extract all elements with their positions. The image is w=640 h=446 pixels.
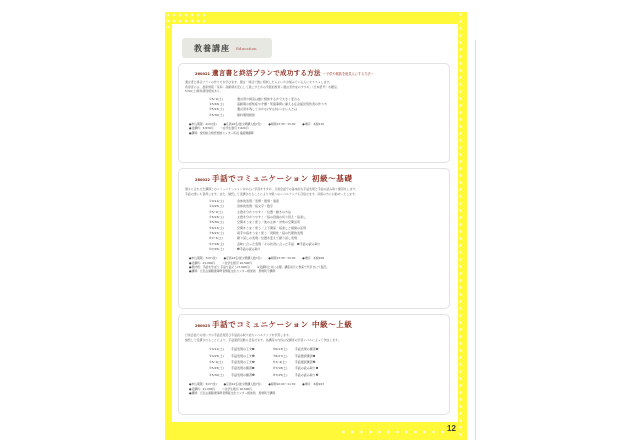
session-topic: 無料個別相談 [237, 113, 255, 117]
course-title: 遺言書と終活プランで成功する方法 [212, 68, 321, 77]
section-header: 教養講座 Education [182, 38, 272, 58]
instructor: ●講師：元名古屋聴覚障碍者情報文化センター相談員 馬場利子講師 [189, 391, 275, 395]
session-topic: 手話表現の練習❸ [295, 347, 319, 351]
section-title: 教養講座 [194, 43, 230, 54]
session-item: ④5/30(土)無料個別相談 [209, 113, 443, 118]
student-discount: ☆在学生割引 16,500円 [222, 261, 252, 265]
session-topic: 主語を分かりやすく／位置・動きの方法 [237, 210, 291, 214]
instructor: ●講師：元名古屋聴覚障碍者情報文化センター相談員 馬場利子講師 [189, 269, 275, 273]
info-line: ●講師：元名古屋聴覚障碍者情報文化センター相談員 馬場利子講師 [189, 391, 443, 395]
course-info: ●申込期限：3/27(金) ●定員14名(最少開講人数7名) ●時間10:00〜… [189, 382, 443, 395]
session-topic: 空間をうまく使う／上下関係・指差しと視線の活用 [237, 226, 306, 230]
session-topic: 手話表現の工夫❸ [231, 360, 255, 364]
application-deadline: ●申込期限：3/27(金) [189, 382, 217, 386]
material-fee: ●教材費：手話を学ぼう 手話で話そう(3,300円) [189, 265, 250, 269]
session-date: ④5/30(土) [209, 113, 237, 118]
session-topic: 手話通訳練習❶ [295, 354, 316, 358]
course-title: 手話でコミュニケーション 中級〜上級 [212, 319, 352, 330]
session-date: ⑤5/30(土) [209, 372, 231, 378]
application-deadline: ●申込期限：3/27(金) [189, 256, 217, 260]
student-discount: ☆在学生割引 16,500円 [222, 387, 252, 391]
time: ●時間13:30〜15:00 [268, 256, 295, 260]
capacity: ●定員14名(最少開講人数7名) [224, 256, 262, 260]
capacity: ●定員16名(最少開講人数7名) [224, 122, 262, 126]
description-line: 継続して受講されることにより、手話通訳活動も目指せます。各講座の内容は受講者の学… [185, 338, 443, 343]
session-topic: 意味に合った表現／その状況に合った手話 ❶手話の読み取り [237, 242, 321, 246]
session-topic: 高齢期の認知症や介護・死後事務に備える任意後見契約書の作り方 [237, 102, 327, 106]
session-topic: 空間をうまく使う／他の主体・対象の空間活用 [237, 220, 300, 224]
course-heading: 260023 手話でコミュニケーション 中級〜上級 [195, 319, 443, 330]
description-line: 5/30(土)無料個別相談あり。 [185, 89, 443, 94]
session-topic: 手話表現の練習❶ [231, 366, 255, 370]
session-topic: 身体的表現／指文字・数字 [237, 204, 273, 208]
instructor: ●講師：愛知総合相続相談センター所長 後藤隆講師 [189, 131, 254, 135]
session-item: ⑩7/25(土)手話の読み取り❷ [273, 372, 319, 378]
course-code: 260023 [195, 324, 210, 328]
session-topic: 手話表現の工夫❷ [231, 354, 255, 358]
session-item: ⑩7/25(土)❷手話の読み取り [209, 247, 443, 252]
course-card: 260022 手話でコミュニケーション 初級〜基礎 個々に合わせた講師とのコミュ… [178, 168, 450, 309]
course-info: ●申込期限：3/27(金) ●定員14名(最少開講人数7名) ●時間13:30〜… [189, 256, 443, 274]
course-heading: 260022 手話でコミュニケーション 初級〜基礎 [195, 173, 443, 184]
course-card: 260021 遺言書と終活プランで成功する方法 〜子供や親族を後見人にする方法〜… [178, 63, 450, 163]
time: ●時間10:00〜11:30 [268, 382, 295, 386]
session-list: ①5/ 9(土)遺言書や終活は誰に相談するかで大きく変わる ②5/16(土)高齢… [209, 97, 443, 118]
info-line: ●講師：愛知総合相続相談センター所長 後藤隆講師 [189, 131, 443, 135]
session-item: ⑤5/30(土)手話表現の練習❷ [209, 372, 255, 378]
course-heading: 260021 遺言書と終活プランで成功する方法 〜子供や親族を後見人にする方法〜 [195, 68, 443, 77]
session-list: ①4/11(土)手話表現の工夫❶ ②4/25(土)手話表現の工夫❷ ③5/ 9(… [209, 346, 443, 378]
student-discount: ☆在学生割引 7,620円 [220, 126, 248, 130]
application-deadline: ●申込期限：4/24(金) [189, 122, 217, 126]
course-subtitle: 〜子供や親族を後見人にする方法〜 [323, 71, 374, 76]
location: ●場所：本館203 [302, 382, 324, 386]
page-number: 12 [447, 424, 456, 433]
session-topic: ❷手話の読み取り [237, 247, 261, 251]
course-card: 260023 手話でコミュニケーション 中級〜上級 日常会話での使い方や手話表現… [178, 314, 450, 415]
location: ●場所：本館210 [302, 122, 324, 126]
fee: ●受講料：21,000円 [189, 387, 215, 391]
section-title-english: Education [236, 46, 257, 51]
course-description: 遺言書と終活プランの作り方を学びます。遺言・終活で誰に相談したらよいかお悩みでい… [185, 80, 443, 94]
session-column-right: ⑥6/13(土)手話表現の練習❸ ⑦6/27(土)手話通訳練習❶ ⑧7/ 4(土… [273, 346, 319, 378]
session-topic: 遺言書や終活は誰に相談するかで大きく変わる [237, 97, 300, 101]
course-description: 個々に合わせた講師とのコミュニケーションを中心に学習をすすめ、日常会話での基本的… [185, 187, 443, 196]
session-list: ①4/11(土)身体的表現／表情・強弱・速度 ②4/25(土)身体的表現／指文字… [209, 199, 443, 252]
session-topic: 手話表現の工夫❶ [231, 347, 255, 351]
session-date: ⑩7/25(土) [273, 372, 295, 378]
course-code: 260022 [195, 178, 210, 182]
course-code: 260021 [195, 72, 210, 76]
session-topic: 手話表現の練習❷ [231, 373, 255, 377]
capacity: ●定員14名(最少開講人数7名) [224, 382, 262, 386]
course-title: 手話でコミュニケーション 初級〜基礎 [212, 173, 352, 184]
fee: ●受講料：5,830円 [189, 126, 213, 130]
session-topic: 手話通訳練習❷ [295, 360, 316, 364]
session-topic: 繰り返しの表現／位置を変えて繰り返し表現 [237, 236, 297, 240]
course-description: 日常会話での使い方や手話表現及び手話読み取り能力レベルアップを学習します。 継続… [185, 333, 443, 342]
material-note: ※受講料と共に必要。講座初日に教室で代引きにて販売。 [257, 265, 329, 269]
session-column-left: ①4/11(土)手話表現の工夫❶ ②4/25(土)手話表現の工夫❷ ③5/ 9(… [209, 346, 255, 378]
session-topic: 主語を分かりやすく／指の役割の切り替え・指差し [237, 215, 306, 219]
decorative-dots [339, 428, 449, 436]
description-line: 手話の語いも習得します。また、継続して受講されることにより中級へのレベルアップも… [185, 192, 443, 197]
page-spine [475, 40, 476, 440]
decorative-dots [457, 12, 467, 440]
info-line: ●講師：元名古屋聴覚障碍者情報文化センター相談員 馬場利子講師 [189, 269, 443, 273]
session-topic: 両手や指をうまく使う／同時性・指の代理的表現 [237, 231, 303, 235]
location: ●場所：本館208 [302, 256, 324, 260]
course-info: ●申込期限：4/24(金) ●定員16名(最少開講人数7名) ●時間13:30〜… [189, 122, 443, 135]
time: ●時間13:30〜15:00 [268, 122, 295, 126]
session-date: ⑩7/25(土) [209, 247, 237, 252]
session-topic: 遺言書を残しておかなければならない人とは [237, 107, 297, 111]
session-topic: 手話の読み取り❷ [295, 373, 319, 377]
fee: ●受講料：21,000円 [189, 261, 215, 265]
session-topic: 手話の読み取り❶ [295, 366, 319, 370]
session-topic: 身体的表現／表情・強弱・速度 [237, 199, 279, 203]
